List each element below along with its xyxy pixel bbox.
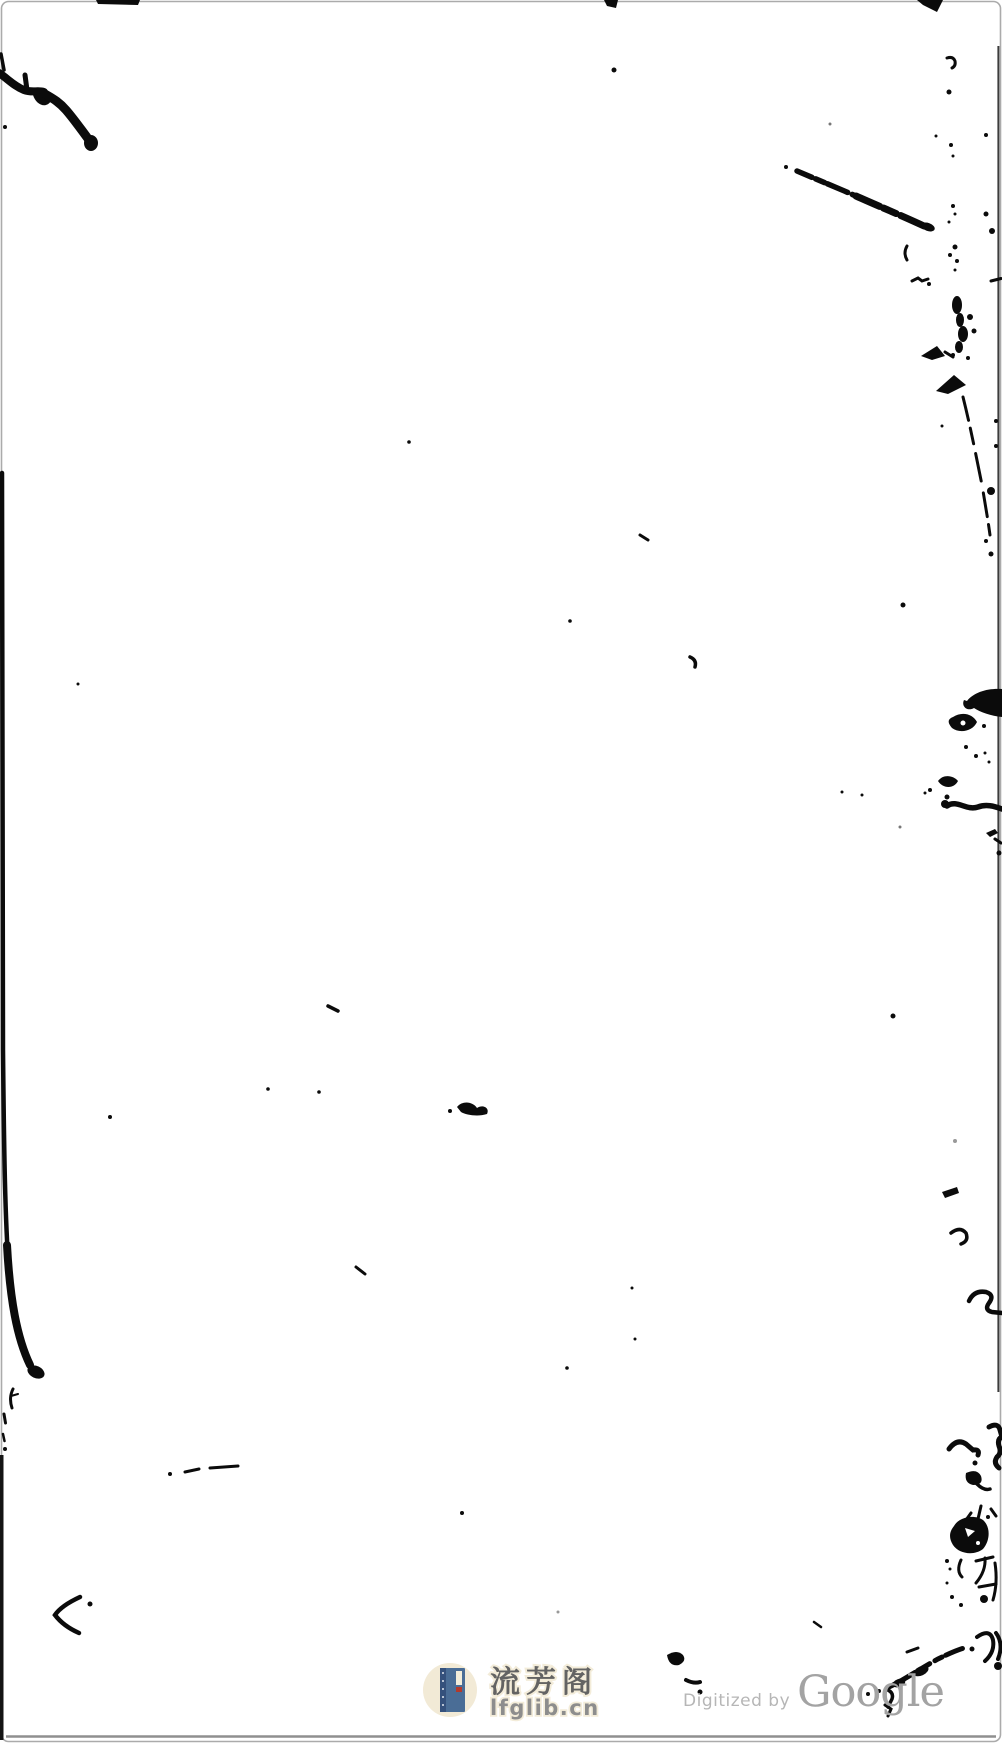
ink-stroke (210, 1466, 238, 1468)
ink-dot (987, 487, 995, 495)
ink-stroke (907, 1648, 918, 1652)
lfglib-watermark: 流芳阁 lfglib.cn (423, 1663, 600, 1720)
ink-hole (976, 1541, 980, 1545)
page-border-rect (2, 2, 1001, 1742)
ink-dot (967, 314, 973, 320)
ink-stroke (11, 1389, 13, 1408)
ink-dot (631, 1287, 634, 1290)
ink-dot (982, 724, 986, 728)
ink-blot (942, 1187, 959, 1198)
ink-stroke (949, 1442, 978, 1455)
ink-blot (936, 375, 966, 394)
ink-stroke (991, 279, 1001, 282)
ink-dot (861, 794, 864, 797)
ink-dot (966, 356, 970, 360)
ink-blot (952, 296, 962, 314)
ink-stroke (797, 171, 858, 197)
ink-dot (565, 1366, 569, 1370)
ink-dot (994, 419, 998, 423)
ink-right-mid (841, 603, 1002, 856)
ink-blot (958, 326, 968, 342)
ink-stroke (45, 94, 89, 140)
ink-dot (986, 1515, 990, 1519)
ink-dot (954, 213, 957, 216)
ink-dot (634, 1338, 637, 1341)
ink-dot (949, 143, 953, 147)
ink-stroke (4, 1414, 6, 1423)
ink-stroke (3, 1434, 5, 1441)
ink-dot (266, 1087, 270, 1091)
watermark-book-label (456, 1671, 462, 1685)
ink-stroke (978, 1506, 981, 1519)
ink-stroke (856, 196, 924, 226)
ink-dot (460, 1511, 464, 1515)
ink-blot (84, 135, 98, 151)
ink-dot (557, 1611, 560, 1614)
stitch-dot (442, 1704, 444, 1706)
ink-dot (108, 1115, 112, 1119)
ink-stroke (25, 75, 27, 90)
ink-stroke (963, 397, 990, 535)
ink-dot (953, 245, 958, 250)
ink-left-edge (0, 473, 238, 1740)
ink-stroke (947, 804, 1002, 809)
ink-dot (984, 752, 987, 755)
ink-dot (891, 1014, 896, 1019)
ink-dot (927, 282, 931, 286)
ink-dot (784, 165, 788, 169)
ink-dot (949, 1568, 952, 1571)
ink-dot (989, 552, 994, 557)
ink-topright-streak (784, 57, 988, 233)
ink-marks (0, 0, 1002, 1740)
ink-blot (667, 1652, 684, 1665)
ink-blot (604, 0, 618, 8)
stitch-dot (442, 1672, 444, 1674)
ink-dot (974, 754, 978, 758)
watermark-site-name: 流芳阁 (490, 1665, 598, 1699)
ink-blot (994, 1662, 1002, 1670)
ink-stroke (814, 1622, 821, 1627)
watermark-book-seal (456, 1687, 462, 1692)
ink-dot (448, 1109, 452, 1113)
ink-stroke (945, 352, 953, 357)
ink-stroke (328, 1006, 338, 1011)
ink-stroke (7, 1245, 30, 1365)
ink-stroke (959, 1560, 962, 1577)
ink-dot (945, 1559, 949, 1563)
page-borders (2, 2, 1001, 1742)
ink-blot (457, 1103, 488, 1116)
ink-stroke (356, 1267, 365, 1274)
ink-dot (901, 603, 906, 608)
ink-dot (997, 851, 1002, 856)
ink-dot (77, 683, 80, 686)
ink-dot (947, 90, 952, 95)
ink-blot (980, 1595, 988, 1603)
ink-hole (961, 721, 966, 726)
ink-dot (924, 792, 927, 795)
stitch-dot (442, 1680, 444, 1682)
ink-dot (928, 788, 932, 792)
ink-midpage-specks (77, 440, 958, 1627)
google-logo-text: Google (797, 1671, 944, 1714)
ink-right-lower (942, 1187, 1002, 1313)
ink-dot (946, 1582, 949, 1585)
ink-dot (612, 68, 617, 73)
ink-stroke (55, 1597, 80, 1633)
ink-dot (88, 1602, 93, 1607)
ink-blot (966, 1471, 982, 1485)
ink-dot (973, 1461, 978, 1466)
ink-blot (917, 0, 943, 12)
ink-dot (935, 135, 938, 138)
ink-blot (963, 689, 1002, 717)
ink-dot (950, 1595, 954, 1599)
ink-blot (938, 776, 958, 787)
ink-dot (952, 155, 955, 158)
ink-stroke (905, 246, 907, 260)
ink-dot (948, 253, 952, 257)
ink-dot (168, 1472, 172, 1476)
ink-dot (964, 745, 968, 749)
stitch-dot (442, 1696, 444, 1698)
ink-blot (0, 1455, 4, 1740)
ink-stroke (993, 1563, 996, 1600)
ink-dot (951, 204, 955, 208)
ink-dot (959, 1603, 963, 1607)
ink-dot (941, 425, 944, 428)
ink-dot (899, 826, 902, 829)
ink-stroke (996, 1633, 1001, 1659)
ink-dot (953, 1139, 957, 1143)
stitch-dot (442, 1688, 444, 1690)
ink-blot (956, 313, 964, 327)
ink-dot (568, 619, 572, 623)
ink-stroke (2, 473, 32, 1370)
ink-dot (972, 329, 977, 334)
ink-stroke (185, 1469, 199, 1472)
ink-blot (921, 346, 945, 360)
ink-stroke (977, 1633, 993, 1661)
ink-stroke (951, 1230, 967, 1245)
ink-stroke (0, 73, 44, 92)
ink-dot (988, 761, 991, 764)
ink-dot (984, 133, 988, 137)
ink-stroke (991, 1509, 996, 1516)
ink-stroke (977, 1484, 990, 1489)
ink-dot (954, 269, 957, 272)
ink-dot (955, 259, 959, 263)
ink-stroke (979, 1584, 996, 1587)
ink-dot (317, 1090, 321, 1094)
ink-right-upper (905, 204, 1001, 557)
ink-top-edge-ticks (96, 0, 943, 73)
ink-blot (955, 341, 963, 353)
ink-dot (3, 1447, 7, 1451)
ink-dot (994, 444, 998, 448)
ink-topleft-squiggle (0, 54, 98, 151)
digitized-by-text: Digitized by (683, 1691, 790, 1711)
google-attribution: Digitized by Google (683, 1671, 944, 1714)
ink-dot (984, 212, 989, 217)
watermark-site-url: lfglib.cn (490, 1696, 600, 1720)
ink-stroke (947, 57, 955, 68)
ink-dot (945, 795, 950, 800)
ink-dot (948, 221, 951, 224)
ink-stroke (640, 535, 648, 540)
ink-dot (984, 539, 988, 543)
ink-dot (3, 125, 7, 129)
ink-dot (841, 791, 844, 794)
scanned-page: 流芳阁 lfglib.cn (0, 0, 1002, 1744)
ink-stroke (912, 278, 928, 281)
ink-dot (989, 228, 995, 234)
ink-dot (829, 123, 832, 126)
ink-stroke (969, 1292, 1002, 1313)
ink-stroke (690, 657, 695, 667)
ink-dot (970, 1647, 975, 1652)
ink-blot (986, 829, 998, 837)
ink-blot (96, 0, 140, 5)
ink-dot (407, 440, 411, 444)
